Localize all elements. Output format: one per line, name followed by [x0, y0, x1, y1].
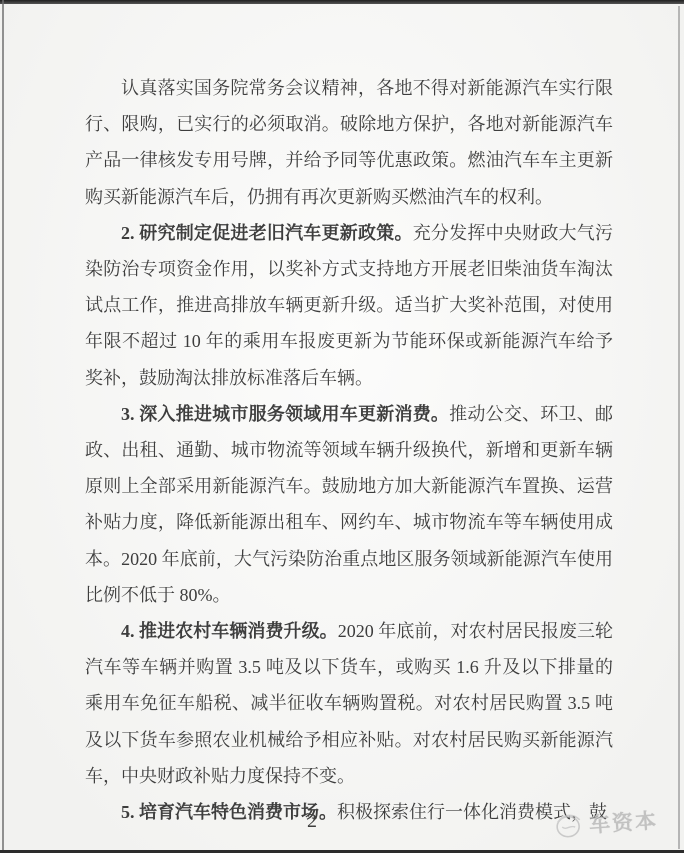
paragraph: 认真落实国务院常务会议精神，各地不得对新能源汽车实行限行、限购，已实行的必须取消…: [85, 70, 613, 215]
paragraph: 3. 深入推进城市服务领域用车更新消费。推动公交、环卫、邮政、出租、通勤、城市物…: [85, 396, 613, 613]
scan-edge-top: [0, 0, 684, 4]
paragraph-heading: 4. 推进农村车辆消费升级。: [121, 621, 338, 641]
circle-swoosh-logo-icon: [553, 811, 585, 841]
paragraph-heading: 2. 研究制定促进老旧汽车更新政策。: [121, 223, 413, 243]
paragraph-heading: 3. 深入推进城市服务领域用车更新消费。: [121, 404, 449, 424]
paragraph-text: 2020 年底前，对农村居民报废三轮汽车等车辆并购置 3.5 吨及以下货车，或购…: [85, 621, 613, 786]
scan-edge-right: [678, 6, 680, 849]
scanned-document-page: 认真落实国务院常务会议精神，各地不得对新能源汽车实行限行、限购，已实行的必须取消…: [0, 0, 684, 853]
document-body: 认真落实国务院常务会议精神，各地不得对新能源汽车实行限行、限购，已实行的必须取消…: [85, 70, 613, 830]
paragraph: 2. 研究制定促进老旧汽车更新政策。充分发挥中央财政大气污染防治专项资金作用，以…: [85, 215, 613, 396]
watermark-text: 车资本: [588, 804, 659, 839]
scan-edge-left: [2, 0, 4, 853]
paragraph: 4. 推进农村车辆消费升级。2020 年底前，对农村居民报废三轮汽车等车辆并购置…: [85, 613, 613, 794]
paragraph-text: 充分发挥中央财政大气污染防治专项资金作用，以奖补方式支持地方开展老旧柴油货车淘汰…: [85, 223, 613, 388]
watermark: 车资本: [553, 804, 659, 841]
page-number: 2: [0, 810, 624, 833]
paragraph-text: 推动公交、环卫、邮政、出租、通勤、城市物流等领域车辆升级换代，新增和更新车辆原则…: [85, 404, 613, 605]
paragraph-text: 认真落实国务院常务会议精神，各地不得对新能源汽车实行限行、限购，已实行的必须取消…: [85, 78, 613, 207]
